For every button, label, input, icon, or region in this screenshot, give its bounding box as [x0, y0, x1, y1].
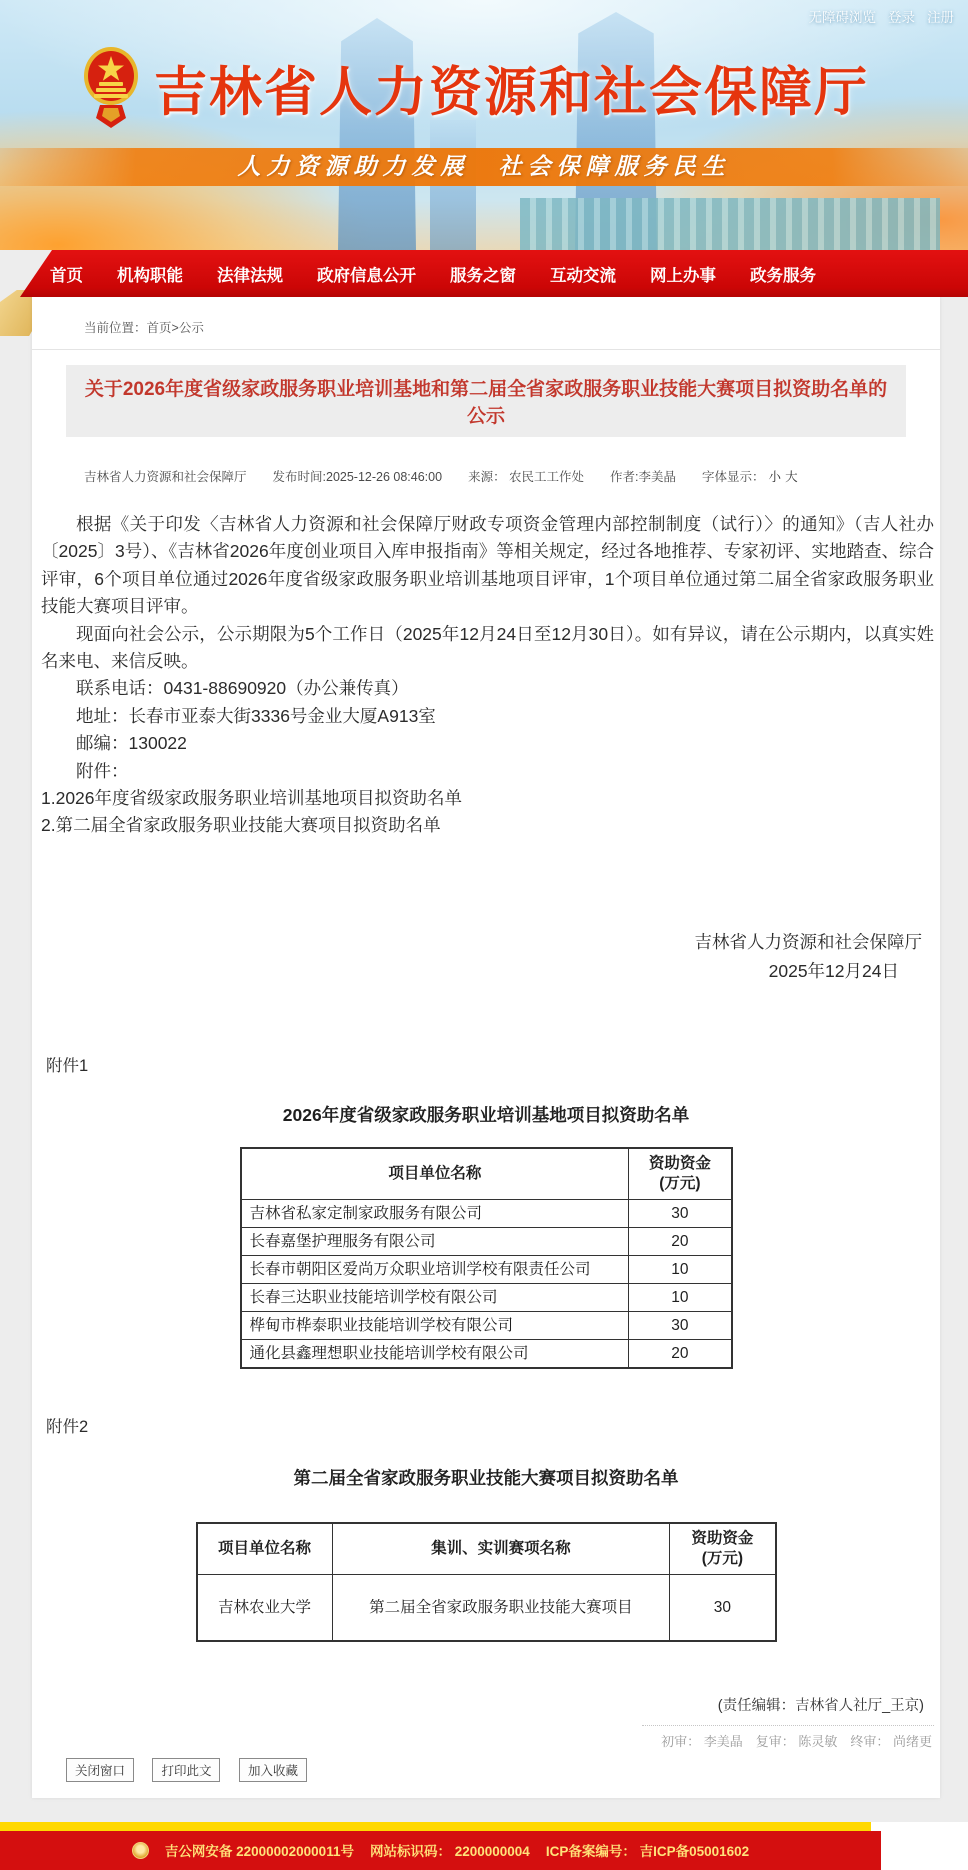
- column-header-amount: 资助资金 (万元): [629, 1148, 732, 1200]
- column-header-amount-line1: 资助资金: [635, 1154, 724, 1174]
- breadcrumb-path[interactable]: 首页>公示: [147, 321, 204, 335]
- security-record-link[interactable]: 吉公网安备 22000002000011号: [165, 1840, 354, 1860]
- table-header-row: 项目单位名称 集训、实训赛项名称 资助资金 (万元): [197, 1523, 776, 1575]
- article-title-bar: 关于2026年度省级家政服务职业培训基地和第二届全省家政服务职业技能大赛项目拟资…: [66, 365, 906, 437]
- breadcrumb: 当前位置：首页>公示: [32, 297, 940, 350]
- meta-department: 吉林省人力资源和社会保障厅: [84, 467, 247, 485]
- meta-source: 来源： 农民工工作处: [468, 467, 584, 485]
- amount-cell: 20: [629, 1227, 732, 1255]
- table-row: 长春市朝阳区爱尚万众职业培训学校有限责任公司10: [241, 1255, 732, 1283]
- main-navigation: 首页 机构职能 法律法规 政府信息公开 服务之窗 互动交流 网上办事 政务服务: [0, 250, 968, 297]
- attachment1-label: 附件1: [46, 1052, 940, 1076]
- amount-cell: 10: [629, 1283, 732, 1311]
- table-row: 长春三达职业技能培训学校有限公司10: [241, 1283, 732, 1311]
- site-banner: 无障碍浏览 登录 注册 吉林省人力资源和社会保障厅 人力资源助力发展 社会保障服…: [0, 0, 968, 250]
- site-header: 吉林省人力资源和社会保障厅: [82, 46, 869, 130]
- nav-interaction[interactable]: 互动交流: [550, 262, 616, 286]
- site-identification-code: 网站标识码： 2200000004: [370, 1840, 530, 1860]
- table-row: 长春嘉堡护理服务有限公司20: [241, 1227, 732, 1255]
- icp-record-number: ICP备案编号： 吉ICP备05001602: [546, 1840, 749, 1860]
- contact-postcode: 邮编：130022: [41, 730, 934, 757]
- attachment-link-2[interactable]: 2.第二届全省家政服务职业技能大赛项目拟资助名单: [41, 815, 441, 835]
- accessibility-link[interactable]: 无障碍浏览: [809, 6, 877, 26]
- font-size-label: 字体显示：: [702, 470, 765, 484]
- meta-author: 作者:李美晶: [610, 467, 676, 485]
- attachment-link-1[interactable]: 1.2026年度省级家政服务职业培训基地项目拟资助名单: [41, 788, 462, 808]
- contact-phone: 联系电话：0431-88690920（办公兼传真）: [41, 675, 934, 702]
- site-footer: 吉公网安备 22000002000011号 网站标识码： 2200000004 …: [0, 1822, 968, 1870]
- signature-org: 吉林省人力资源和社会保障厅: [41, 928, 922, 957]
- meta-publish-time: 发布时间:2025-12-26 08:46:00: [273, 467, 443, 485]
- unit-name-cell: 长春市朝阳区爱尚万众职业培训学校有限责任公司: [241, 1255, 629, 1283]
- article-title: 关于2026年度省级家政服务职业培训基地和第二届全省家政服务职业技能大赛项目拟资…: [76, 374, 896, 428]
- unit-name-cell: 吉林农业大学: [197, 1574, 333, 1641]
- content-panel: 当前位置：首页>公示 关于2026年度省级家政服务职业培训基地和第二届全省家政服…: [32, 297, 940, 1798]
- article-actions: 关闭窗口 打印此文 加入收藏: [66, 1758, 940, 1782]
- register-link[interactable]: 注册: [927, 6, 954, 26]
- city-building-image: [520, 198, 940, 250]
- amount-cell: 30: [670, 1574, 776, 1641]
- amount-cell: 20: [629, 1339, 732, 1368]
- slogan-banner: 人力资源助力发展 社会保障服务民生: [0, 148, 968, 186]
- nav-home[interactable]: 首页: [50, 262, 83, 286]
- close-window-button[interactable]: 关闭窗口: [66, 1758, 134, 1782]
- attachment2-table-title: 第二届全省家政服务职业技能大赛项目拟资助名单: [32, 1465, 940, 1490]
- responsible-editor: (责任编辑：吉林省人社厅_王京): [32, 1694, 940, 1715]
- login-link[interactable]: 登录: [888, 6, 915, 26]
- amount-cell: 30: [629, 1311, 732, 1339]
- table-row: 桦甸市桦泰职业技能培训学校有限公司30: [241, 1311, 732, 1339]
- nav-online-services[interactable]: 网上办事: [650, 262, 716, 286]
- yellow-accent-strip: [0, 1822, 871, 1831]
- add-favorite-button[interactable]: 加入收藏: [239, 1758, 307, 1782]
- column-header-amount-line2: (万元): [635, 1174, 724, 1194]
- unit-name-cell: 吉林省私家定制家政服务有限公司: [241, 1199, 629, 1227]
- column-header-project-name: 集训、实训赛项名称: [332, 1523, 670, 1575]
- font-smaller-button[interactable]: 小: [769, 470, 782, 484]
- table-row: 通化县鑫理想职业技能培训学校有限公司20: [241, 1339, 732, 1368]
- funding-table-2: 项目单位名称 集训、实训赛项名称 资助资金 (万元) 吉林农业大学 第二届全省家…: [196, 1522, 777, 1642]
- funding-table-1: 项目单位名称 资助资金 (万元) 吉林省私家定制家政服务有限公司30 长春嘉堡护…: [240, 1147, 733, 1369]
- nav-org-functions[interactable]: 机构职能: [117, 262, 183, 286]
- signature-block: 吉林省人力资源和社会保障厅 2025年12月24日: [41, 928, 934, 986]
- audit-divider: [642, 1725, 934, 1726]
- unit-name-cell: 桦甸市桦泰职业技能培训学校有限公司: [241, 1311, 629, 1339]
- project-name-cell: 第二届全省家政服务职业技能大赛项目: [332, 1574, 670, 1641]
- unit-name-cell: 长春三达职业技能培训学校有限公司: [241, 1283, 629, 1311]
- nav-gov-info-disclosure[interactable]: 政府信息公开: [317, 262, 416, 286]
- paragraph: 根据《关于印发〈吉林省人力资源和社会保障厅财政专项资金管理内部控制制度（试行）〉…: [41, 511, 934, 621]
- print-article-button[interactable]: 打印此文: [152, 1758, 220, 1782]
- table-header-row: 项目单位名称 资助资金 (万元): [241, 1148, 732, 1200]
- paragraph: 现面向社会公示，公示期限为5个工作日（2025年12月24日至12月30日）。如…: [41, 621, 934, 676]
- font-larger-button[interactable]: 大: [785, 470, 798, 484]
- table-row: 吉林农业大学 第二届全省家政服务职业技能大赛项目 30: [197, 1574, 776, 1641]
- footer-record-bar: 吉公网安备 22000002000011号 网站标识码： 2200000004 …: [0, 1831, 881, 1870]
- column-header-unit-name: 项目单位名称: [197, 1523, 333, 1575]
- utility-links: 无障碍浏览 登录 注册: [809, 6, 955, 26]
- attachment1-table-title: 2026年度省级家政服务职业培训基地项目拟资助名单: [32, 1102, 940, 1127]
- police-badge-icon: [132, 1842, 149, 1859]
- column-header-amount-line2: (万元): [676, 1549, 768, 1569]
- page: 无障碍浏览 登录 注册 吉林省人力资源和社会保障厅 人力资源助力发展 社会保障服…: [0, 0, 968, 1870]
- table-row: 吉林省私家定制家政服务有限公司30: [241, 1199, 732, 1227]
- amount-cell: 30: [629, 1199, 732, 1227]
- font-size-control: 字体显示：小大: [702, 467, 798, 485]
- signature-date: 2025年12月24日: [41, 957, 922, 986]
- unit-name-cell: 通化县鑫理想职业技能培训学校有限公司: [241, 1339, 629, 1368]
- attachments-label: 附件：: [41, 758, 934, 785]
- article-meta: 吉林省人力资源和社会保障厅 发布时间:2025-12-26 08:46:00 来…: [84, 467, 940, 485]
- breadcrumb-label: 当前位置：: [84, 321, 147, 335]
- national-emblem-icon: [82, 46, 140, 130]
- amount-cell: 10: [629, 1255, 732, 1283]
- attachment2-label: 附件2: [46, 1413, 940, 1437]
- unit-name-cell: 长春嘉堡护理服务有限公司: [241, 1227, 629, 1255]
- nav-service-window[interactable]: 服务之窗: [450, 262, 516, 286]
- site-title: 吉林省人力资源和社会保障厅: [154, 50, 869, 126]
- audit-info: 初审： 李美晶 复审： 陈灵敏 终审： 尚绪更: [32, 1731, 940, 1750]
- column-header-unit-name: 项目单位名称: [241, 1148, 629, 1200]
- bottom-gap: [0, 1798, 968, 1822]
- column-header-amount: 资助资金 (万元): [670, 1523, 776, 1575]
- contact-address: 地址：长春市亚泰大街3336号金业大厦A913室: [41, 703, 934, 730]
- nav-laws-regulations[interactable]: 法律法规: [217, 262, 283, 286]
- nav-gov-services[interactable]: 政务服务: [750, 262, 816, 286]
- column-header-amount-line1: 资助资金: [676, 1529, 768, 1549]
- article-body: 根据《关于印发〈吉林省人力资源和社会保障厅财政专项资金管理内部控制制度（试行）〉…: [32, 511, 940, 986]
